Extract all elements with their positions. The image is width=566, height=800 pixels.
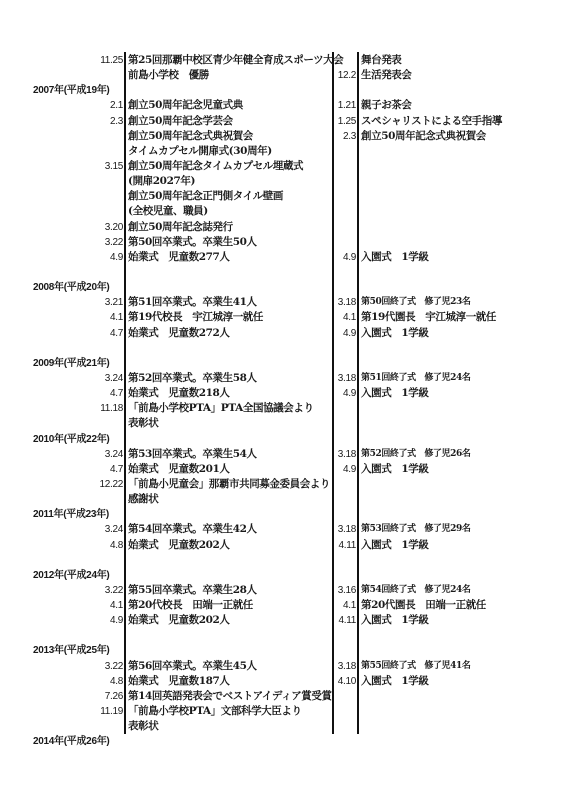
school-event-date: 4.9 — [110, 250, 123, 265]
event-row: 創立50周年記念正門側タイル壁画 — [0, 189, 566, 204]
school-event-text: 第52回卒業式。卒業生58人 — [128, 371, 257, 386]
school-event-date: 11.18 — [100, 401, 123, 416]
school-event-text: タイムカプセル開扉式(30周年) — [128, 144, 272, 159]
school-event-text: (開扉2027年) — [128, 174, 195, 189]
event-row: 4.7始業式 児童数272人4.9入園式 1学級 — [0, 326, 566, 341]
school-event-text: (全校児童、職員) — [128, 204, 208, 219]
school-event-text: 始業式 児童数218人 — [128, 386, 230, 401]
year-header-row: 2011年(平成23年) — [0, 507, 566, 522]
school-event-date: 3.24 — [105, 447, 123, 462]
school-event-text: 始業式 児童数201人 — [128, 462, 230, 477]
kindergarten-event-date: 3.18 — [338, 522, 356, 537]
kindergarten-event-date: 2.3 — [343, 129, 356, 144]
kindergarten-event-text: 第19代園長 宇江城淳一就任 — [361, 310, 496, 325]
school-event-text: 第56回卒業式。卒業生45人 — [128, 659, 257, 674]
event-row: 11.18「前島小学校PTA」PTA全国協議会より — [0, 401, 566, 416]
school-event-text: 第50回卒業式。卒業生50人 — [128, 235, 257, 250]
school-event-text: 始業式 児童数277人 — [128, 250, 230, 265]
kindergarten-event-date: 3.18 — [338, 295, 356, 310]
event-row: 2.3創立50周年記念学芸会1.25スペシャリストによる空手指導 — [0, 114, 566, 129]
school-event-date: 3.20 — [105, 220, 123, 235]
school-event-date: 4.9 — [110, 613, 123, 628]
year-label: 2009年(平成21年) — [33, 356, 109, 371]
school-event-text: 始業式 児童数272人 — [128, 326, 230, 341]
event-row: 12.22「前島小児童会」那覇市共同募金委員会より — [0, 477, 566, 492]
kindergarten-event-text: 入園式 1学級 — [361, 386, 429, 401]
kindergarten-event-text: 親子お茶会 — [361, 98, 412, 113]
year-header-row: 2009年(平成21年) — [0, 356, 566, 371]
school-event-text: 第14回英語発表会でベストアイディア賞受賞 — [128, 689, 332, 704]
event-row: 前島小学校 優勝12.2生活発表会 — [0, 68, 566, 83]
school-event-text: 第51回卒業式。卒業生41人 — [128, 295, 257, 310]
kindergarten-event-date: 4.9 — [343, 250, 356, 265]
event-row: 4.7始業式 児童数218人4.9入園式 1学級 — [0, 386, 566, 401]
school-event-date: 11.19 — [100, 704, 123, 719]
kindergarten-event-text: 舞台発表 — [361, 53, 401, 68]
history-timeline: 11.25第25回那覇中校区青少年健全育成スポーツ大会舞台発表前島小学校 優勝1… — [0, 53, 566, 749]
kindergarten-event-date: 3.16 — [338, 583, 356, 598]
year-label: 2008年(平成20年) — [33, 280, 109, 295]
school-event-date: 3.24 — [105, 371, 123, 386]
kindergarten-event-date: 4.9 — [343, 462, 356, 477]
kindergarten-event-text: 第54回終了式 修了児24名 — [361, 583, 470, 598]
event-row: 3.21第51回卒業式。卒業生41人3.18第50回終了式 修了児23名 — [0, 295, 566, 310]
year-header-row: 2012年(平成24年) — [0, 568, 566, 583]
event-row: 4.8始業式 児童数187人4.10入園式 1学級 — [0, 674, 566, 689]
school-event-text: 感謝状 — [128, 492, 158, 507]
school-event-text: 第25回那覇中校区青少年健全育成スポーツ大会 — [128, 53, 343, 68]
kindergarten-event-date: 3.18 — [338, 447, 356, 462]
kindergarten-event-date: 1.21 — [338, 98, 356, 113]
event-row: 創立50周年記念式典祝賀会2.3創立50周年記念式典祝賀会 — [0, 129, 566, 144]
event-row: 3.20創立50周年記念誌発行 — [0, 220, 566, 235]
year-header-row: 2013年(平成25年) — [0, 643, 566, 658]
kindergarten-event-text: 第20代園長 田端一正就任 — [361, 598, 486, 613]
school-event-date: 4.8 — [110, 538, 123, 553]
event-row: 11.19「前島小学校PTA」文部科学大臣より — [0, 704, 566, 719]
kindergarten-event-date: 12.2 — [338, 68, 356, 83]
kindergarten-event-text: 第51回終了式 修了児24名 — [361, 371, 470, 386]
school-event-date: 4.1 — [110, 310, 123, 325]
school-event-date: 3.22 — [105, 235, 123, 250]
event-row: 4.1第20代校長 田端一正就任4.1第20代園長 田端一正就任 — [0, 598, 566, 613]
school-event-text: 第54回卒業式。卒業生42人 — [128, 522, 257, 537]
kindergarten-event-text: 生活発表会 — [361, 68, 412, 83]
school-event-date: 4.8 — [110, 674, 123, 689]
kindergarten-event-text: スペシャリストによる空手指導 — [361, 114, 502, 129]
event-row: 3.22第56回卒業式。卒業生45人3.18第55回終了式 修了児41名 — [0, 659, 566, 674]
kindergarten-event-text: 第55回終了式 修了児41名 — [361, 659, 470, 674]
kindergarten-event-text: 第52回終了式 修了児26名 — [361, 447, 470, 462]
school-event-text: 始業式 児童数202人 — [128, 538, 230, 553]
school-event-text: 第19代校長 宇江城淳一就任 — [128, 310, 263, 325]
event-row: 3.24第52回卒業式。卒業生58人3.18第51回終了式 修了児24名 — [0, 371, 566, 386]
event-row: 3.22第55回卒業式。卒業生28人3.16第54回終了式 修了児24名 — [0, 583, 566, 598]
school-event-text: 「前島小児童会」那覇市共同募金委員会より — [128, 477, 330, 492]
kindergarten-event-text: 第50回終了式 修了児23名 — [361, 295, 470, 310]
spacer-row — [0, 628, 566, 643]
school-event-text: 始業式 児童数202人 — [128, 613, 230, 628]
school-event-text: 創立50周年記念式典祝賀会 — [128, 129, 253, 144]
event-row: 3.15創立50周年記念タイムカプセル埋蔵式 — [0, 159, 566, 174]
kindergarten-event-text: 入園式 1学級 — [361, 538, 429, 553]
school-event-date: 4.7 — [110, 326, 123, 341]
year-label: 2014年(平成26年) — [33, 734, 109, 749]
school-event-date: 3.15 — [105, 159, 123, 174]
event-row: (全校児童、職員) — [0, 204, 566, 219]
school-event-date: 4.1 — [110, 598, 123, 613]
school-event-text: 「前島小学校PTA」PTA全国協議会より — [128, 401, 314, 416]
event-row: タイムカプセル開扉式(30周年) — [0, 144, 566, 159]
event-row: 7.26第14回英語発表会でベストアイディア賞受賞 — [0, 689, 566, 704]
event-row: 4.9始業式 児童数202人4.11入園式 1学級 — [0, 613, 566, 628]
school-event-text: 表彰状 — [128, 416, 158, 431]
kindergarten-event-text: 入園式 1学級 — [361, 326, 429, 341]
event-row: 4.8始業式 児童数202人4.11入園式 1学級 — [0, 538, 566, 553]
year-label: 2007年(平成19年) — [33, 83, 109, 98]
event-row: 4.9始業式 児童数277人4.9入園式 1学級 — [0, 250, 566, 265]
school-event-date: 2.1 — [110, 98, 123, 113]
spacer-row — [0, 553, 566, 568]
school-event-date: 3.22 — [105, 583, 123, 598]
spacer-row — [0, 341, 566, 356]
school-event-date: 11.25 — [100, 53, 123, 68]
event-row: 4.1第19代校長 宇江城淳一就任4.1第19代園長 宇江城淳一就任 — [0, 310, 566, 325]
kindergarten-event-text: 入園式 1学級 — [361, 613, 429, 628]
school-event-text: 表彰状 — [128, 719, 158, 734]
kindergarten-event-date: 4.1 — [343, 598, 356, 613]
event-row: 3.24第53回卒業式。卒業生54人3.18第52回終了式 修了児26名 — [0, 447, 566, 462]
event-row: 3.22第50回卒業式。卒業生50人 — [0, 235, 566, 250]
kindergarten-event-date: 1.25 — [338, 114, 356, 129]
school-event-date: 4.7 — [110, 386, 123, 401]
school-event-text: 第20代校長 田端一正就任 — [128, 598, 253, 613]
spacer-row — [0, 265, 566, 280]
year-label: 2012年(平成24年) — [33, 568, 109, 583]
event-row: 2.1創立50周年記念児童式典1.21親子お茶会 — [0, 98, 566, 113]
school-event-text: 創立50周年記念正門側タイル壁画 — [128, 189, 283, 204]
school-event-text: 創立50周年記念児童式典 — [128, 98, 243, 113]
school-event-date: 2.3 — [110, 114, 123, 129]
year-header-row: 2014年(平成26年) — [0, 734, 566, 749]
year-header-row: 2008年(平成20年) — [0, 280, 566, 295]
school-event-date: 3.21 — [105, 295, 123, 310]
kindergarten-event-date: 4.11 — [338, 538, 356, 553]
event-row: (開扉2027年) — [0, 174, 566, 189]
school-event-text: 第55回卒業式。卒業生28人 — [128, 583, 257, 598]
event-row: 表彰状 — [0, 719, 566, 734]
school-event-date: 3.22 — [105, 659, 123, 674]
school-event-text: 始業式 児童数187人 — [128, 674, 230, 689]
kindergarten-event-date: 3.18 — [338, 659, 356, 674]
year-label: 2011年(平成23年) — [33, 507, 109, 522]
kindergarten-event-date: 4.9 — [343, 326, 356, 341]
kindergarten-event-date: 4.11 — [338, 613, 356, 628]
kindergarten-event-text: 入園式 1学級 — [361, 674, 429, 689]
kindergarten-event-date: 4.1 — [343, 310, 356, 325]
event-row: 11.25第25回那覇中校区青少年健全育成スポーツ大会舞台発表 — [0, 53, 566, 68]
school-event-date: 3.24 — [105, 522, 123, 537]
school-event-text: 創立50周年記念誌発行 — [128, 220, 233, 235]
year-header-row: 2010年(平成22年) — [0, 432, 566, 447]
school-event-text: 前島小学校 優勝 — [128, 68, 209, 83]
school-event-date: 7.26 — [105, 689, 123, 704]
kindergarten-event-date: 4.10 — [338, 674, 356, 689]
year-label: 2013年(平成25年) — [33, 643, 109, 658]
kindergarten-event-text: 入園式 1学級 — [361, 250, 429, 265]
event-row: 3.24第54回卒業式。卒業生42人3.18第53回終了式 修了児29名 — [0, 522, 566, 537]
event-row: 4.7始業式 児童数201人4.9入園式 1学級 — [0, 462, 566, 477]
kindergarten-event-text: 第53回終了式 修了児29名 — [361, 522, 470, 537]
school-event-text: 第53回卒業式。卒業生54人 — [128, 447, 257, 462]
year-label: 2010年(平成22年) — [33, 432, 109, 447]
school-event-text: 創立50周年記念タイムカプセル埋蔵式 — [128, 159, 303, 174]
kindergarten-event-text: 入園式 1学級 — [361, 462, 429, 477]
kindergarten-event-text: 創立50周年記念式典祝賀会 — [361, 129, 486, 144]
school-event-date: 12.22 — [99, 477, 123, 492]
year-header-row: 2007年(平成19年) — [0, 83, 566, 98]
event-row: 感謝状 — [0, 492, 566, 507]
kindergarten-event-date: 3.18 — [338, 371, 356, 386]
school-event-text: 「前島小学校PTA」文部科学大臣より — [128, 704, 302, 719]
event-row: 表彰状 — [0, 416, 566, 431]
school-event-date: 4.7 — [110, 462, 123, 477]
school-event-text: 創立50周年記念学芸会 — [128, 114, 233, 129]
kindergarten-event-date: 4.9 — [343, 386, 356, 401]
